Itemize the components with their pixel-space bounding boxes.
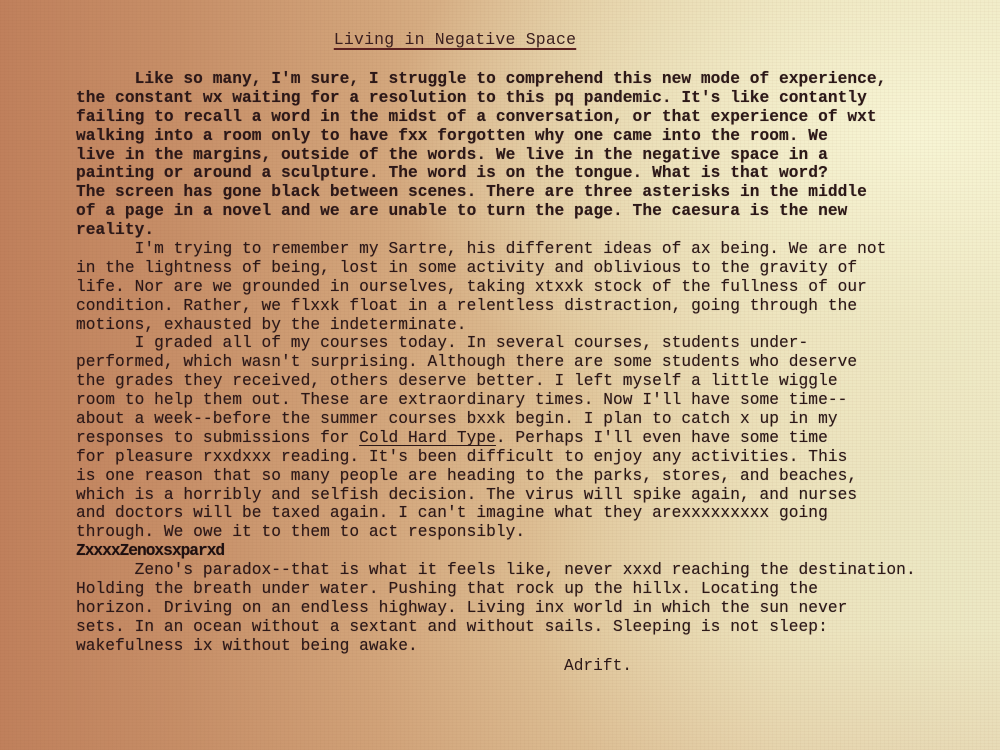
text-line: responses to submissions for Cold Hard T… <box>76 429 986 448</box>
underlined-title-reference: Cold Hard Type <box>359 429 496 447</box>
struck-out-line: ZxxxxZenoxsxparxd <box>76 542 986 561</box>
text-line: of a page in a novel and we are unable t… <box>76 202 986 221</box>
typewritten-page: Living in Negative Space Like so many, I… <box>0 0 1000 750</box>
text-line: about a week--before the summer courses … <box>76 410 986 429</box>
text-line: failing to recall a word in the midst of… <box>76 108 986 127</box>
text-line: through. We owe it to them to act respon… <box>76 523 986 542</box>
text-line: horizon. Driving on an endless highway. … <box>76 599 986 618</box>
text-line: live in the margins, outside of the word… <box>76 146 986 165</box>
text-line: for pleasure rxxdxxx reading. It's been … <box>76 448 986 467</box>
paragraph: Like so many, I'm sure, I struggle to co… <box>76 70 986 240</box>
paragraph: I graded all of my courses today. In sev… <box>76 334 986 542</box>
text-line: walking into a room only to have fxx for… <box>76 127 986 146</box>
text-line: life. Nor are we grounded in ourselves, … <box>76 278 986 297</box>
text-line: ZxxxxZenoxsxparxd <box>76 542 986 561</box>
text-line: wakefulness ix without being awake. <box>76 637 986 656</box>
text-line: performed, which wasn't surprising. Alth… <box>76 353 986 372</box>
text-line: and doctors will be taxed again. I can't… <box>76 504 986 523</box>
paragraph: Zeno's paradox--that is what it feels li… <box>76 561 986 655</box>
text-line: The screen has gone black between scenes… <box>76 183 986 202</box>
text-line: Zeno's paradox--that is what it feels li… <box>76 561 986 580</box>
text-line: the constant wx waiting for a resolution… <box>76 89 986 108</box>
text-line: motions, exhausted by the indeterminate. <box>76 316 986 335</box>
text-line: Holding the breath under water. Pushing … <box>76 580 986 599</box>
document-body: Like so many, I'm sure, I struggle to co… <box>76 70 986 656</box>
text-line: condition. Rather, we flxxk float in a r… <box>76 297 986 316</box>
title-text: Living in Negative Space <box>334 30 576 49</box>
text-line: room to help them out. These are extraor… <box>76 391 986 410</box>
text-line: sets. In an ocean without a sextant and … <box>76 618 986 637</box>
text-line: in the lightness of being, lost in some … <box>76 259 986 278</box>
text-line: which is a horribly and selfish decision… <box>76 486 986 505</box>
text-line: reality. <box>76 221 986 240</box>
text-line: the grades they received, others deserve… <box>76 372 986 391</box>
signature: Adrift. <box>564 657 632 675</box>
text-line: is one reason that so many people are he… <box>76 467 986 486</box>
paragraph: I'm trying to remember my Sartre, his di… <box>76 240 986 334</box>
text-line: painting or around a sculpture. The word… <box>76 164 986 183</box>
document-title: Living in Negative Space <box>0 30 910 49</box>
text-line: I'm trying to remember my Sartre, his di… <box>76 240 986 259</box>
text-line: I graded all of my courses today. In sev… <box>76 334 986 353</box>
text-line: Like so many, I'm sure, I struggle to co… <box>76 70 986 89</box>
